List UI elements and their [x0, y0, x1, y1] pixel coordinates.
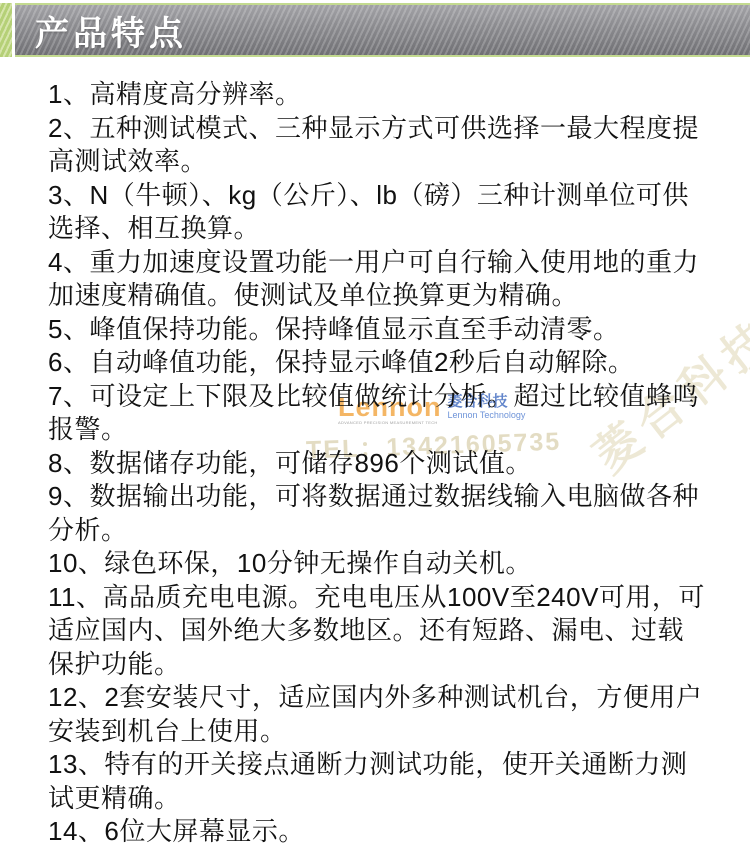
feature-list: 1、高精度高分辨率。2、五种测试模式、三种显示方式可供选择一最大程度提高测试效率… [48, 78, 710, 849]
feature-item: 3、N（牛顿）、kg（公斤）、lb（磅）三种计测单位可供选择、相互换算。 [48, 179, 710, 246]
feature-item: 2、五种测试模式、三种显示方式可供选择一最大程度提高测试效率。 [48, 112, 710, 179]
feature-item: 12、2套安装尺寸，适应国内外多种测试机台，方便用户安装到机台上使用。 [48, 681, 710, 748]
feature-item: 5、峰值保持功能。保持峰值显示直至手动清零。 [48, 313, 710, 347]
page-title: 产品特点 [15, 6, 187, 55]
feature-item: 13、特有的开关接点通断力测试功能，使开关通断力测试更精确。 [48, 748, 710, 815]
feature-item: 8、数据储存功能，可储存896个测试值。 [48, 447, 710, 481]
feature-item: 11、高品质充电电源。充电电压从100V至240V可用，可适应国内、国外绝大多数… [48, 581, 710, 682]
feature-item: 9、数据输出功能，可将数据通过数据线输入电脑做各种分析。 [48, 480, 710, 547]
header-gray-bar: 产品特点 [15, 3, 750, 57]
feature-item: 6、自动峰值功能，保持显示峰值2秒后自动解除。 [48, 346, 710, 380]
feature-item: 7、可设定上下限及比较值做统计分析。超过比较值蜂鸣报警。 [48, 380, 710, 447]
feature-item: 10、绿色环保，10分钟无操作自动关机。 [48, 547, 710, 581]
feature-item: 1、高精度高分辨率。 [48, 78, 710, 112]
header-green-edge [0, 3, 12, 57]
feature-item: 14、6位大屏幕显示。 [48, 815, 710, 849]
feature-item: 4、重力加速度设置功能一用户可自行输入使用地的重力加速度精确值。使测试及单位换算… [48, 246, 710, 313]
header-bar: 产品特点 [0, 3, 750, 57]
